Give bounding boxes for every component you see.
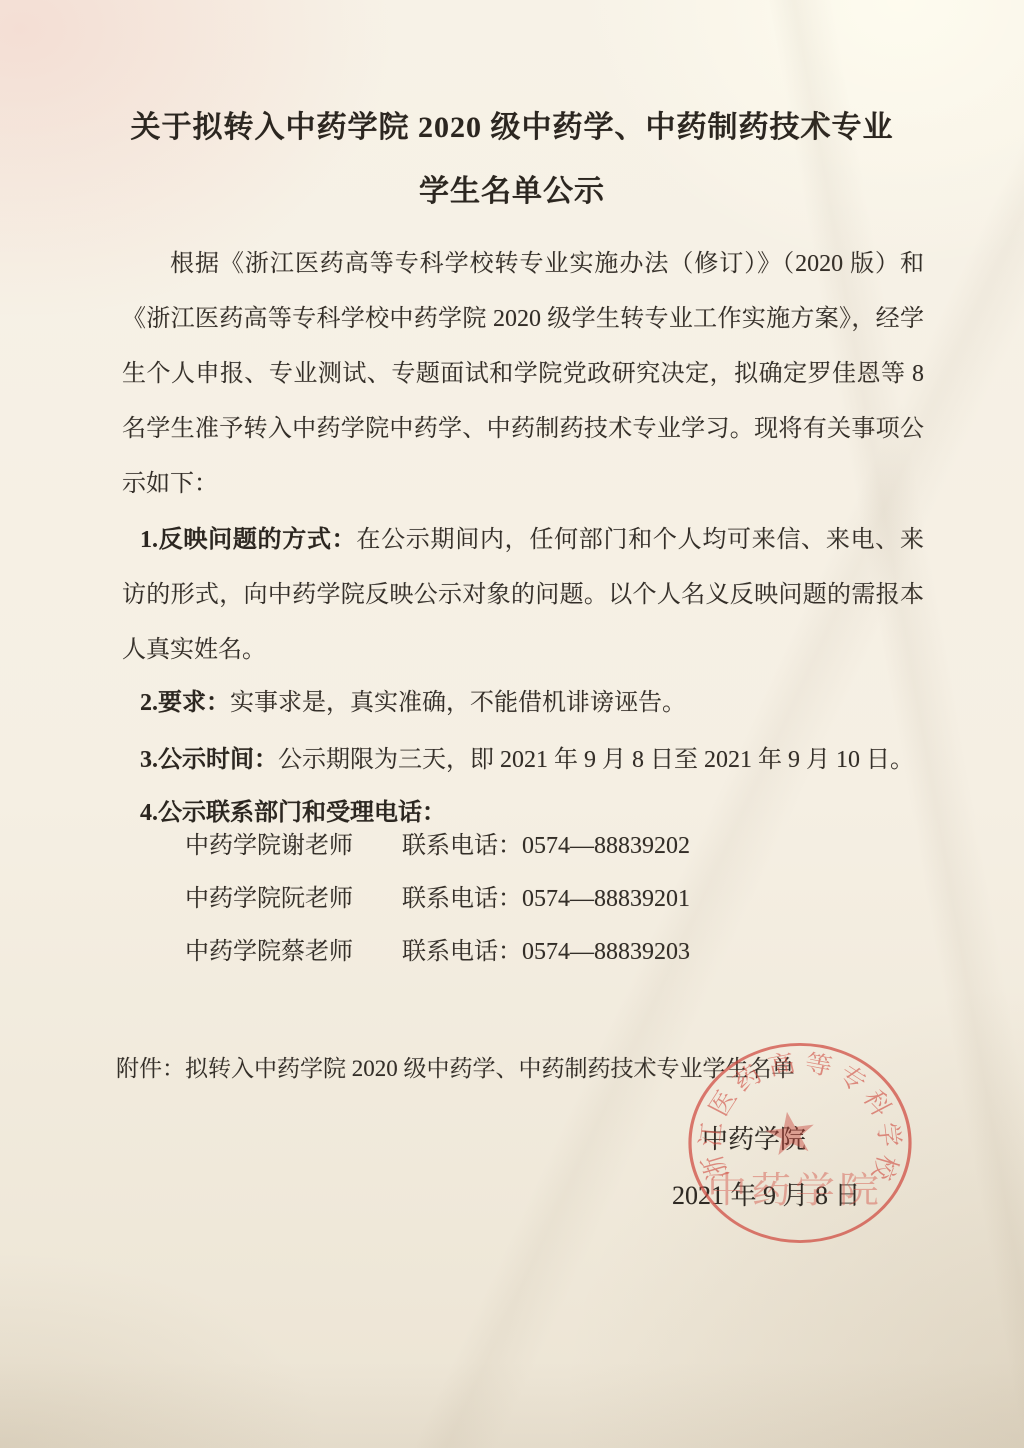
phone-number: 0574—88839203 [522,939,690,965]
star-icon: ★ [757,1100,824,1170]
svg-text:科: 科 [857,1086,897,1121]
contact-phone: 联系电话：0574—88839201 [402,873,690,926]
svg-text:等: 等 [802,1049,835,1081]
contact-row: 中药学院阮老师 联系电话：0574—88839201 [122,873,924,926]
svg-text:江: 江 [695,1121,728,1148]
contact-phone: 联系电话：0574—88839202 [402,820,690,873]
contact-list: 中药学院谢老师 联系电话：0574—88839202 中药学院阮老师 联系电话：… [122,820,924,979]
item-2-text: 实事求是，真实准确，不能借机诽谤诬告。 [230,690,686,716]
item-2-paragraph: 2.要求：实事求是，真实准确，不能借机诽谤诬告。 [122,676,924,731]
contact-row: 中药学院谢老师 联系电话：0574—88839202 [122,820,924,873]
contact-name: 中药学院蔡老师 [185,926,402,979]
svg-text:学: 学 [872,1121,905,1148]
item-3-paragraph: 3.公示时间：公示期限为三天，即 2021 年 9 月 8 日至 2021 年 … [122,733,924,788]
item-1-label: 1.反映问题的方式： [140,527,356,553]
phone-number: 0574—88839202 [522,833,690,859]
title-line-2: 学生名单公示 [0,160,1024,224]
item-3-label: 3.公示时间： [140,747,278,773]
scanned-document-page: 关于拟转入中药学院 2020 级中药学、中药制药技术专业 学生名单公示 根据《浙… [0,0,1024,1448]
title-line-1: 关于拟转入中药学院 2020 级中药学、中药制药技术专业 [0,96,1024,160]
contact-row: 中药学院蔡老师 联系电话：0574—88839203 [122,926,924,979]
item-3-text: 公示期限为三天，即 2021 年 9 月 8 日至 2021 年 9 月 10 … [278,747,914,773]
contact-phone: 联系电话：0574—88839203 [402,926,690,979]
intro-paragraph: 根据《浙江医药高等专科学校转专业实施办法（修订）》（2020 版）和《浙江医药高… [122,237,924,512]
contact-name: 中药学院阮老师 [185,873,402,926]
stamp-inner-text: 中药学院 [707,1171,883,1211]
phone-number: 0574—88839201 [522,886,690,912]
item-2-label: 2.要求： [140,690,230,716]
phone-label: 联系电话： [402,833,522,859]
phone-label: 联系电话： [402,886,522,912]
official-stamp: 浙江医药高等专科学校 ★ 中药学院 [685,1040,915,1246]
contact-name: 中药学院谢老师 [185,820,402,873]
phone-label: 联系电话： [402,939,522,965]
document-title: 关于拟转入中药学院 2020 级中药学、中药制药技术专业 学生名单公示 [0,96,1024,224]
svg-text:高: 高 [765,1049,798,1081]
item-1-paragraph: 1.反映问题的方式：在公示期间内，任何部门和个人均可来信、来电、来访的形式，向中… [122,513,924,678]
svg-text:医: 医 [703,1086,743,1121]
